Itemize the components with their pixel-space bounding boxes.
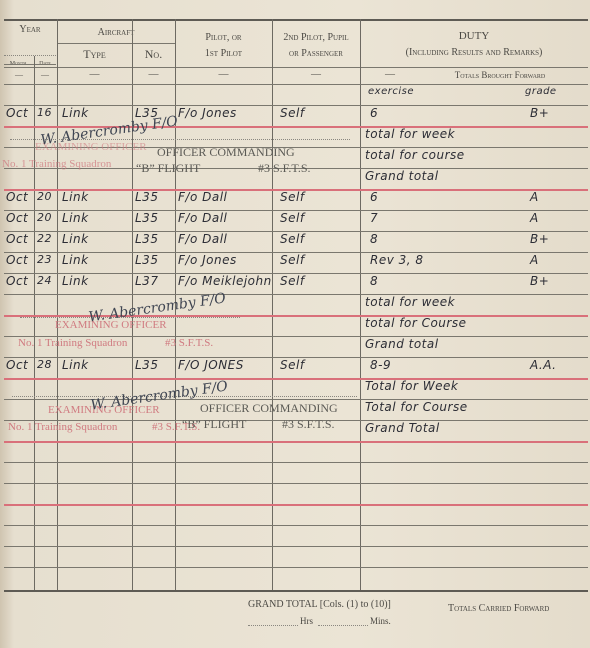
entry-grade: A [530,211,539,225]
entry-grade: B+ [530,232,549,246]
row-line [4,462,588,463]
grade-label: grade [525,86,557,97]
b-flight-stamp: “B” FLIGHT [136,161,200,176]
header-bottom-line [4,67,588,68]
top-border [4,19,588,21]
aircraft-header: Aircraft [57,26,175,39]
entry-grade: A [530,253,539,267]
entry-pilot: F/o Dall [178,190,227,204]
entry-month: Oct [6,274,28,288]
total-for-week: Total for Week [365,379,458,393]
entry-date: 20 [37,190,52,203]
entry-month: Oct [6,190,28,204]
year-header: Year [4,23,56,36]
entry-aircraft-type: Link [62,190,89,204]
dash: — [370,68,410,81]
entry-aircraft-no: L35 [135,358,158,372]
grand-total: Grand total [365,169,439,183]
row-line [4,567,588,568]
duty-header: DUTY [360,30,588,43]
row-line [4,525,588,526]
mins-line [318,625,368,626]
pilot-header-line1: Pilot, or [175,31,272,44]
year-dotted-line [4,55,56,56]
entry-aircraft-type: Link [62,253,89,267]
month-date-divider [4,64,56,65]
sfts-stamp: #3 S.F.T.S. [258,161,311,176]
total-for-week: total for week [365,127,455,141]
logbook-page: Year Month Date Aircraft Type No. Pilot,… [0,0,590,648]
entry-grade: A.A. [530,358,557,372]
entry-month: Oct [6,253,28,267]
entry-pilot: F/o Dall [178,211,227,225]
entry-duty: 6 [370,106,378,120]
total-for-course: Total for Course [365,400,468,414]
red-total-rule [4,441,588,443]
entry-aircraft-no: L35 [135,190,158,204]
entry-date: 23 [37,253,52,266]
dash: — [272,68,360,81]
grand-total-label: GRAND TOTAL [Cols. (1) to (10)] [248,599,391,610]
total-for-week: total for week [365,295,455,309]
entry-aircraft-no: L35 [135,232,158,246]
duty-subheader: (Including Results and Remarks) [360,46,588,59]
entry-aircraft-type: Link [62,232,89,246]
entry-second-pilot: Self [280,358,305,372]
entry-duty: 8 [370,232,378,246]
row-line [4,546,588,547]
sfts-stamp: #3 S.F.T.S. [282,417,335,432]
entry-pilot: F/O JONES [178,358,244,372]
entry-aircraft-no: L35 [135,253,158,267]
entry-second-pilot: Self [280,274,305,288]
exercise-label: exercise [368,86,414,97]
training-squadron-stamp: No. 1 Training Squadron [8,421,117,433]
dash: — [175,68,272,81]
column-divider [34,56,35,590]
entry-date: 16 [37,106,52,119]
b-flight-stamp: “B” FLIGHT [182,417,246,432]
entry-second-pilot: Self [280,232,305,246]
aircraft-divider [57,43,175,44]
entry-pilot: F/o Jones [178,253,237,267]
total-for-course: total for Course [365,316,466,330]
entry-month: Oct [6,106,28,120]
entry-aircraft-no: L37 [135,274,158,288]
entry-second-pilot: Self [280,190,305,204]
officer-commanding-stamp: OFFICER COMMANDING [200,401,338,416]
entry-second-pilot: Self [280,211,305,225]
totals-carried-forward: Totals Carried Forward [448,603,549,614]
table-bottom-border [4,590,588,592]
red-total-rule [4,378,588,380]
grand-total: Grand total [365,337,439,351]
entry-pilot: F/o Meiklejohn [178,274,272,288]
entry-second-pilot: Self [280,106,305,120]
dash: — [34,68,56,81]
entry-aircraft-no: L35 [135,211,158,225]
type-header: Type [57,48,132,61]
sfts-red-stamp: #3 S.F.T.S. [165,337,213,349]
entry-grade: B+ [530,274,549,288]
entry-pilot: F/o Dall [178,232,227,246]
training-squadron-stamp: No. 1 Training Squadron [18,337,127,349]
entry-duty: Rev 3, 8 [370,253,424,267]
entry-month: Oct [6,232,28,246]
entry-aircraft-type: Link [62,106,89,120]
hrs-line [248,625,298,626]
dash: — [57,68,132,81]
officer-commanding-stamp: OFFICER COMMANDING [157,145,295,160]
entry-pilot: F/o Jones [178,106,237,120]
entry-aircraft-type: Link [62,211,89,225]
row-line [4,294,588,295]
entry-duty: 7 [370,211,378,225]
totals-brought-forward: Totals Brought Forward [420,69,580,82]
training-squadron-stamp: No. 1 Training Squadron [2,158,111,170]
total-for-course: total for course [365,148,465,162]
entry-aircraft-type: Link [62,274,89,288]
row-line [4,483,588,484]
entry-grade: A [530,190,539,204]
entry-duty: 6 [370,190,378,204]
entry-month: Oct [6,358,28,372]
entry-date: 22 [37,232,52,245]
hrs-label: Hrs [300,616,313,626]
dash: — [4,68,34,81]
entry-grade: B+ [530,106,549,120]
second-pilot-header-line1: 2nd Pilot, Pupil [272,31,360,44]
entry-date: 28 [37,358,52,371]
dash: — [132,68,175,81]
entry-date: 24 [37,274,52,287]
entry-date: 20 [37,211,52,224]
entry-aircraft-type: Link [62,358,89,372]
no-header: No. [132,48,175,61]
grand-total: Grand Total [365,421,440,435]
pilot-header-line2: 1st Pilot [175,47,272,60]
mins-label: Mins. [370,616,391,626]
red-total-rule [4,504,588,506]
second-pilot-header-line2: or Passenger [272,47,360,60]
entry-month: Oct [6,211,28,225]
entry-duty: 8-9 [370,358,391,372]
row-line [4,84,588,85]
entry-duty: 8 [370,274,378,288]
entry-second-pilot: Self [280,253,305,267]
